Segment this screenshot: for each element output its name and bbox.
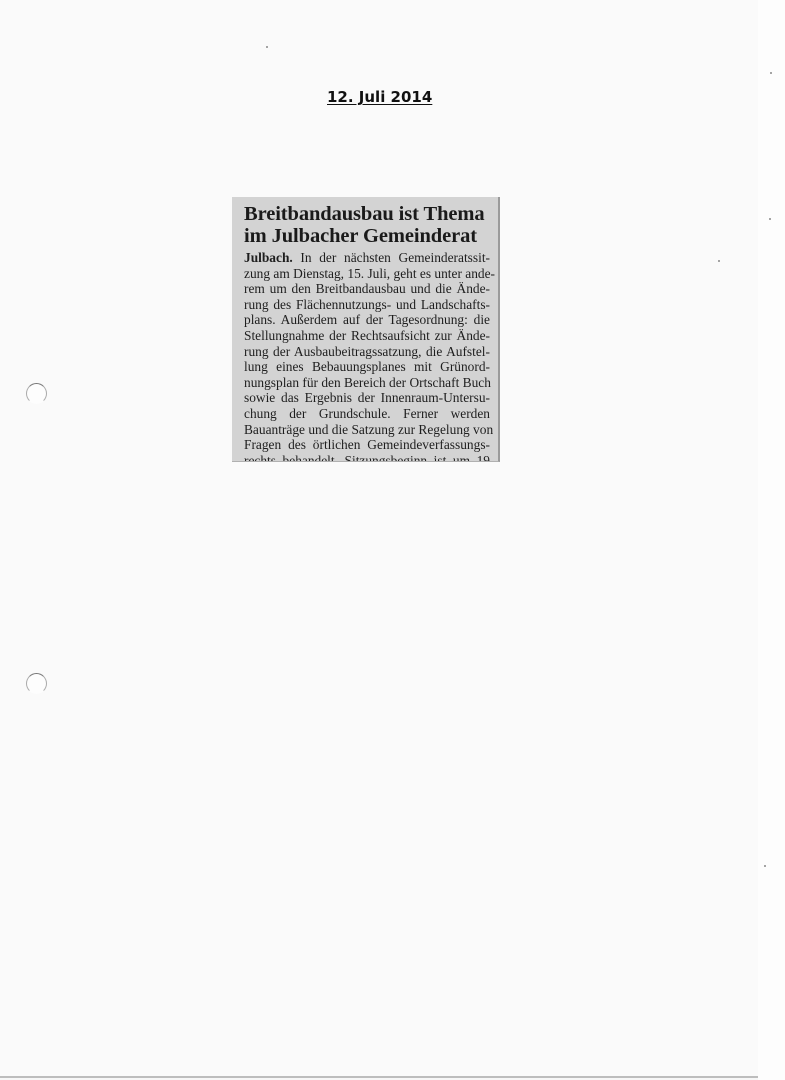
body-line: nungsplan für den Bereich der Ortschaft …: [244, 375, 490, 391]
document-date: 12. Juli 2014: [327, 88, 432, 106]
headline-line-1: Breitbandausbau ist Thema: [244, 203, 490, 225]
scan-speck: [718, 260, 720, 262]
body-line: plans. Außerdem auf der Tagesordnung: di…: [244, 312, 490, 328]
body-line: rung der Ausbaubeitragssatzung, die Aufs…: [244, 344, 490, 360]
scan-speck: [769, 218, 771, 220]
article-dateline: Julbach.: [244, 250, 293, 265]
page-edge: [758, 0, 785, 1080]
hole-punch-mark: [26, 673, 47, 694]
body-line: sowie das Ergebnis der Innenraum-Untersu…: [244, 390, 490, 406]
body-line: Fragen des örtlichen Gemeindeverfassungs…: [244, 437, 490, 453]
headline-line-2: im Julbacher Gemeinderat: [244, 225, 490, 247]
scan-speck: [770, 72, 772, 74]
body-line: zung am Dienstag, 15. Juli, geht es unte…: [244, 266, 490, 282]
article-body: Julbach. In der nächsten Gemeinderatssit…: [244, 250, 490, 462]
body-line: lung eines Bebauungsplanes mit Grünord-: [244, 359, 490, 375]
body-line: chung der Grundschule. Ferner werden: [244, 406, 490, 422]
newspaper-clipping: Breitbandausbau ist Thema im Julbacher G…: [232, 197, 500, 462]
article-headline: Breitbandausbau ist Thema im Julbacher G…: [244, 203, 490, 247]
scanned-page: [0, 0, 758, 1078]
body-line: Bauanträge und die Satzung zur Regelung …: [244, 422, 490, 438]
hole-punch-mark: [26, 383, 47, 404]
body-line: rung des Flächennutzungs- und Landschaft…: [244, 297, 490, 313]
body-line: Julbach. In der nächsten Gemeinderatssit…: [244, 250, 490, 266]
scan-speck: [764, 865, 766, 867]
body-line: rem um den Breitbandausbau und die Ände-: [244, 281, 490, 297]
body-line: Stellungnahme der Rechtsaufsicht zur Änd…: [244, 328, 490, 344]
scan-speck: [266, 46, 268, 48]
body-line: rechts behandelt. Sitzungsbeginn ist um …: [244, 453, 490, 462]
